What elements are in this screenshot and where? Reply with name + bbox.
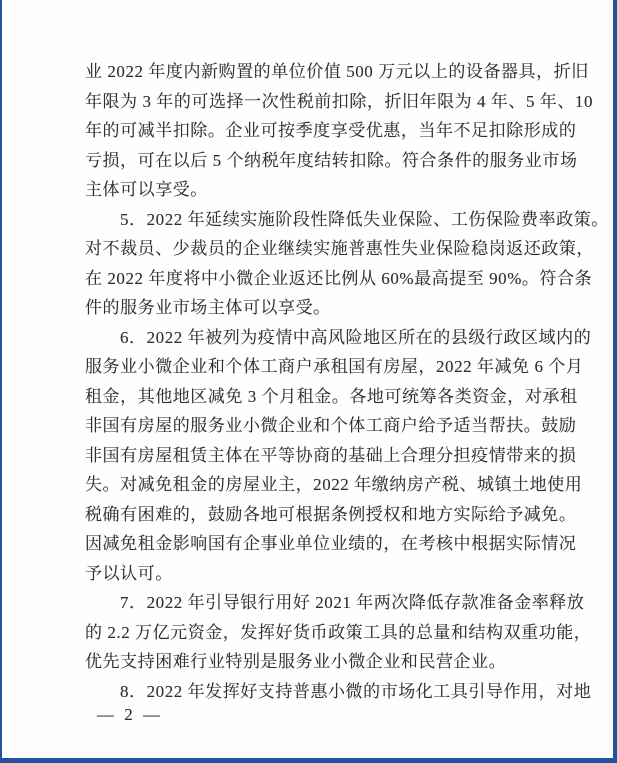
text-line: 亏损，可在以后 5 个纳税年度结转扣除。符合条件的服务业市场 xyxy=(85,146,547,176)
page-right-border-bar xyxy=(613,0,617,763)
page-bottom-border-bar xyxy=(0,758,617,763)
text-line: 件的服务业市场主体可以享受。 xyxy=(85,293,547,323)
text-line: 业 2022 年度内新购置的单位价值 500 万元以上的设备器具，折旧 xyxy=(85,57,547,87)
page-number: — 2 — xyxy=(97,702,163,728)
text-line: 年的可减半扣除。企业可按季度享受优惠，当年不足扣除形成的 xyxy=(85,116,547,146)
document-page: 业 2022 年度内新购置的单位价值 500 万元以上的设备器具，折旧年限为 3… xyxy=(0,0,617,763)
text-line: 6．2022 年被列为疫情中高风险地区所在的县级行政区域内的 xyxy=(85,323,547,353)
text-line: 予以认可。 xyxy=(85,559,547,589)
text-line: 非国有房屋的服务业小微企业和个体工商户给予适当帮扶。鼓励 xyxy=(85,411,547,441)
text-line: 非国有房屋租赁主体在平等协商的基础上合理分担疫情带来的损 xyxy=(85,441,547,471)
page-left-border-bar xyxy=(0,0,2,763)
text-line: 主体可以享受。 xyxy=(85,175,547,205)
text-line: 年限为 3 年的可选择一次性税前扣除，折旧年限为 4 年、5 年、10 xyxy=(85,87,547,117)
text-line: 7．2022 年引导银行用好 2021 年两次降低存款准备金率释放 xyxy=(85,588,547,618)
document-text-body: 业 2022 年度内新购置的单位价值 500 万元以上的设备器具，折旧年限为 3… xyxy=(85,57,547,706)
text-line: 失。对减免租金的房屋业主，2022 年缴纳房产税、城镇土地使用 xyxy=(85,470,547,500)
text-line: 优先支持困难行业特别是服务业小微企业和民营企业。 xyxy=(85,647,547,677)
text-line: 在 2022 年度将中小微企业返还比例从 60%最高提至 90%。符合条 xyxy=(85,264,547,294)
text-line: 对不裁员、少裁员的企业继续实施普惠性失业保险稳岗返还政策， xyxy=(85,234,547,264)
text-line: 租金，其他地区减免 3 个月租金。各地可统筹各类资金，对承租 xyxy=(85,382,547,412)
text-line: 5．2022 年延续实施阶段性降低失业保险、工伤保险费率政策。 xyxy=(85,205,547,235)
text-line: 的 2.2 万亿元资金，发挥好货币政策工具的总量和结构双重功能， xyxy=(85,618,547,648)
text-line: 服务业小微企业和个体工商户承租国有房屋，2022 年减免 6 个月 xyxy=(85,352,547,382)
text-line: 税确有困难的，鼓励各地可根据条例授权和地方实际给予减免。 xyxy=(85,500,547,530)
text-line: 因减免租金影响国有企事业单位业绩的，在考核中根据实际情况 xyxy=(85,529,547,559)
